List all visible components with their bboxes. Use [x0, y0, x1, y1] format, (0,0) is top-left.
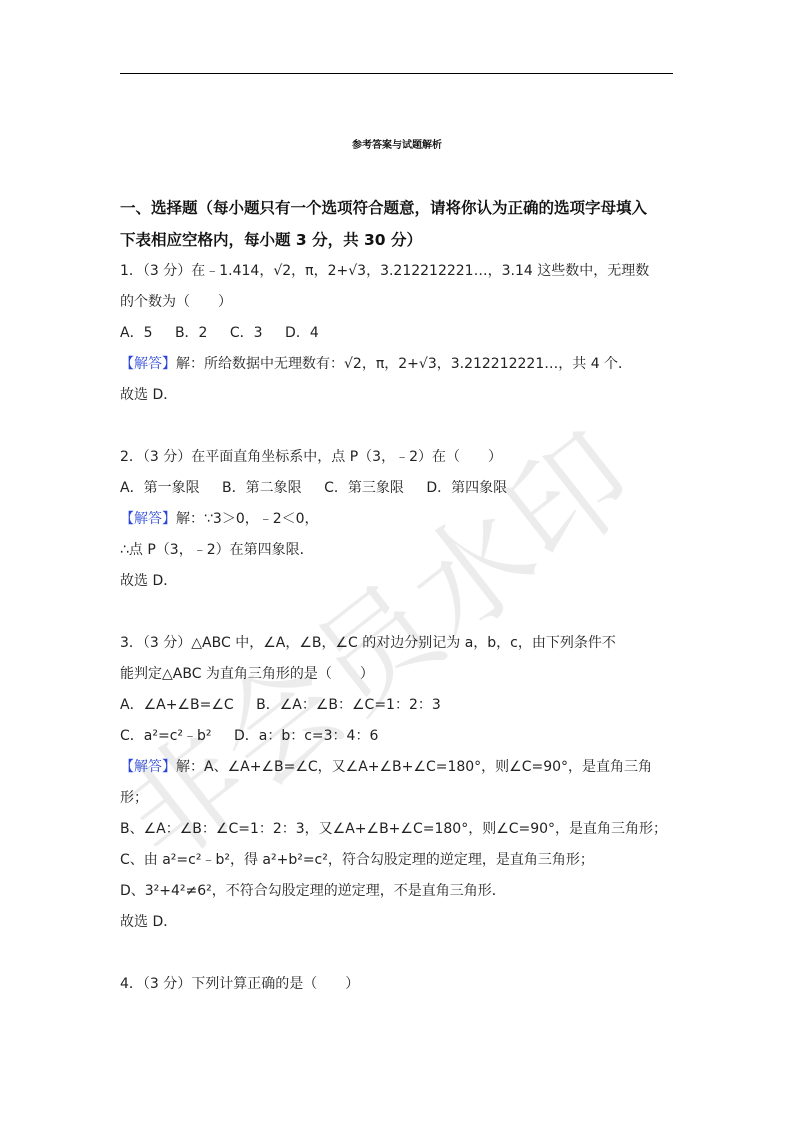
page-title: 参考答案与试题解析 — [0, 136, 794, 151]
question-3-options-row1: A．∠A+∠B=∠C B．∠A：∠B：∠C=1：2：3 — [120, 690, 680, 721]
section-heading: 一、选择题（每小题只有一个选项符合题意，请将你认为正确的选项字母填入 — [120, 192, 680, 224]
answer-label: 【解答】 — [120, 759, 176, 775]
question-3-stem: 3．（3 分）△ABC 中，∠A，∠B，∠C 的对边分别记为 a，b，c，由下列… — [120, 628, 680, 659]
question-4-stem: 4．（3 分）下列计算正确的是（ ） — [120, 969, 680, 1000]
option-a: A．∠A+∠B=∠C — [120, 690, 234, 721]
option-b: B．∠A：∠B：∠C=1：2：3 — [256, 690, 441, 721]
answer-text: 解：A、∠A+∠B=∠C，又∠A+∠B+∠C=180°，则∠C=90°，是直角三… — [176, 759, 652, 775]
answer-text: 解：∵3＞0，﹣2＜0， — [176, 511, 319, 527]
question-1-stem: 1．（3 分）在﹣1.414，√2，π，2+√3，3.212212221…，3.… — [120, 256, 680, 287]
option-b: B．第二象限 — [222, 473, 302, 504]
option-d: D．4 — [285, 318, 319, 349]
question-1-stem-cont: 的个数为（ ） — [120, 287, 680, 318]
question-3-answer-b: B、∠A：∠B：∠C=1：2：3，又∠A+∠B+∠C=180°，则∠C=90°，… — [120, 814, 680, 845]
question-3-stem-cont: 能判定△ABC 为直角三角形的是（ ） — [120, 659, 680, 690]
question-3-answer-cont: 形； — [120, 783, 680, 814]
question-1-answer: 【解答】解：所给数据中无理数有：√2，π，2+√3，3.212212221…，共… — [120, 349, 680, 380]
question-3-answer-d: D、3²+4²≠6²，不符合勾股定理的逆定理，不是直角三角形． — [120, 876, 680, 907]
option-d: D．a：b：c=3：4：6 — [234, 721, 378, 752]
option-b: B．2 — [175, 318, 208, 349]
option-a: A．5 — [120, 318, 152, 349]
question-2-stem: 2．（3 分）在平面直角坐标系中，点 P（3，﹣2）在（ ） — [120, 442, 680, 473]
answer-text: 解：所给数据中无理数有：√2，π，2+√3，3.212212221…，共 4 个… — [176, 356, 632, 372]
question-2-choice: 故选 D． — [120, 566, 680, 597]
question-2-answer-cont: ∴点 P（3，﹣2）在第四象限． — [120, 535, 680, 566]
document-body: 一、选择题（每小题只有一个选项符合题意，请将你认为正确的选项字母填入 下表相应空… — [120, 192, 680, 1000]
option-c: C．3 — [230, 318, 263, 349]
option-c: C．a²=c²﹣b² — [120, 721, 212, 752]
option-d: D．第四象限 — [426, 473, 507, 504]
question-3-choice: 故选 D． — [120, 907, 680, 938]
question-3-answer-c: C、由 a²=c²﹣b²，得 a²+b²=c²，符合勾股定理的逆定理，是直角三角… — [120, 845, 680, 876]
section-heading-cont: 下表相应空格内，每小题 3 分，共 30 分） — [120, 224, 680, 256]
question-1-options: A．5 B．2 C．3 D．4 — [120, 318, 680, 349]
question-3-answer: 【解答】解：A、∠A+∠B=∠C，又∠A+∠B+∠C=180°，则∠C=90°，… — [120, 752, 680, 783]
question-3-options-row2: C．a²=c²﹣b² D．a：b：c=3：4：6 — [120, 721, 680, 752]
option-c: C．第三象限 — [324, 473, 404, 504]
question-2-answer: 【解答】解：∵3＞0，﹣2＜0， — [120, 504, 680, 535]
question-1-choice: 故选 D． — [120, 380, 680, 411]
question-2-options: A．第一象限 B．第二象限 C．第三象限 D．第四象限 — [120, 473, 680, 504]
answer-label: 【解答】 — [120, 356, 176, 372]
option-a: A．第一象限 — [120, 473, 200, 504]
header-rule — [120, 73, 673, 74]
answer-label: 【解答】 — [120, 511, 176, 527]
